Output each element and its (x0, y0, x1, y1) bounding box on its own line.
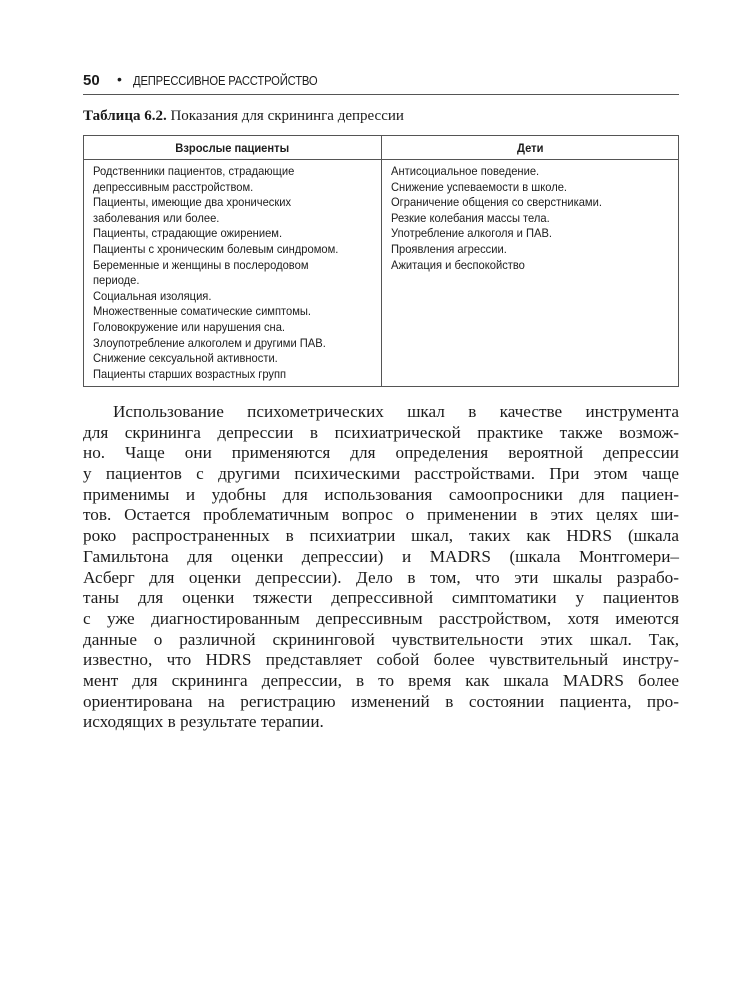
paragraph-line: известно, что HDRS представляет собой бо… (83, 650, 679, 671)
paragraph-line: Асберг для оценки депрессии). Дело в том… (83, 568, 679, 589)
paragraph-line: Использование психометрических шкал в ка… (83, 402, 679, 423)
children-cell: Антисоциальное поведение.Снижение успева… (382, 160, 679, 387)
paragraph-line: тов. Остается проблематичным вопрос о пр… (83, 505, 679, 526)
list-item: Проявления агрессии. (391, 242, 650, 258)
table-caption-text: Показания для скрининга депрессии (170, 108, 403, 124)
list-item: Антисоциальное поведение. (391, 164, 650, 180)
list-item: Злоупотребление алкоголем и другими ПАВ. (93, 336, 352, 352)
bullet-separator: • (117, 71, 122, 87)
adults-cell: Родственники пациентов, страдающиедепрес… (84, 160, 382, 387)
chapter-title: ДЕПРЕССИВНОЕ РАССТРОЙСТВО (133, 74, 317, 88)
list-item: Беременные и женщины в послеродовом (93, 258, 352, 274)
list-item: Множественные соматические симптомы. (93, 304, 352, 320)
list-item: Пациенты, страдающие ожирением. (93, 226, 352, 242)
page-number: 50 (83, 72, 100, 89)
paragraph-line: у пациентов с другими психическими расст… (83, 464, 679, 485)
list-item: депрессивным расстройством. (93, 180, 352, 196)
list-item: Пациенты с хроническим болевым синдромом… (93, 242, 352, 258)
paragraph-line: мент для скрининга депрессии, в то время… (83, 671, 679, 692)
paragraph-line: ориентирована на регистрацию изменений в… (83, 692, 679, 713)
list-item: Ограничение общения со сверстниками. (391, 195, 650, 211)
list-item: Снижение сексуальной активности. (93, 351, 352, 367)
paragraph-line: но. Чаще они применяются для определения… (83, 443, 679, 464)
list-item: Пациенты, имеющие два хронических (93, 195, 352, 211)
body-paragraph: Использование психометрических шкал в ка… (83, 402, 679, 733)
header-adults: Взрослые пациенты (84, 136, 382, 160)
paragraph-line: Гамильтона для оценки депрессии) и MADRS… (83, 547, 679, 568)
list-item: Резкие колебания массы тела. (391, 211, 650, 227)
list-item: Употребление алкоголя и ПАВ. (391, 226, 650, 242)
list-item: периоде. (93, 273, 352, 289)
list-item: Снижение успеваемости в школе. (391, 180, 650, 196)
table-caption: Таблица 6.2. Показания для скрининга деп… (83, 108, 404, 125)
running-header: 50 • ДЕПРЕССИВНОЕ РАССТРОЙСТВО (83, 70, 679, 95)
paragraph-line: с уже диагностированным депрессивным рас… (83, 609, 679, 630)
list-item: Родственники пациентов, страдающие (93, 164, 352, 180)
table-header-row: Взрослые пациенты Дети (84, 136, 679, 160)
paragraph-line: роко распространенных в психиатрии шкал,… (83, 526, 679, 547)
table-caption-label: Таблица 6.2. (83, 108, 167, 124)
paragraph-line: для скрининга депрессии в психиатрическо… (83, 423, 679, 444)
paragraph-line: данные о различной скрининговой чувствит… (83, 630, 679, 651)
list-item: Социальная изоляция. (93, 289, 352, 305)
list-item: Ажитация и беспокойство (391, 258, 650, 274)
paragraph-line: таны для оценки тяжести депрессивной сим… (83, 588, 679, 609)
list-item: Пациенты старших возрастных групп (93, 367, 352, 383)
header-children: Дети (382, 136, 679, 160)
paragraph-line: применимы и удобны для использования сам… (83, 485, 679, 506)
table-row: Родственники пациентов, страдающиедепрес… (84, 160, 679, 387)
list-item: заболевания или более. (93, 211, 352, 227)
screening-indications-table: Взрослые пациенты Дети Родственники паци… (83, 135, 679, 387)
paragraph-line: исходящих в результате терапии. (83, 712, 679, 733)
list-item: Головокружение или нарушения сна. (93, 320, 352, 336)
